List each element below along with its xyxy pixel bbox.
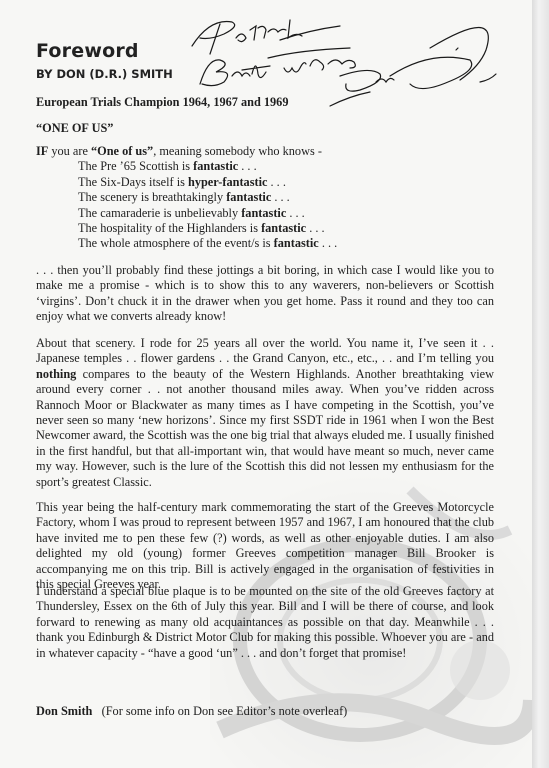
verse-emphasis: fantastic <box>241 206 286 220</box>
verse-lines: The Pre ’65 Scottish is fantastic . . .T… <box>36 159 337 251</box>
verse-text: The hospitality of the Highlanders is <box>78 221 261 235</box>
intro-line: IF you are “One of us”, meaning somebody… <box>36 144 337 159</box>
verse-emphasis: fantastic <box>261 221 306 235</box>
paragraph-promise: . . . then you’ll probably find these jo… <box>36 263 494 325</box>
verse-ellipsis: . . . <box>238 159 256 173</box>
verse-text: The whole atmosphere of the event/s is <box>78 236 274 250</box>
verse-line: The scenery is breathtakingly fantastic … <box>36 190 337 205</box>
paragraph-scenery: About that scenery. I rode for 25 years … <box>36 336 494 490</box>
verse-text: The camaraderie is unbelievably <box>78 206 241 220</box>
verse-line: The camaraderie is unbelievably fantasti… <box>36 206 337 221</box>
verse-emphasis: fantastic <box>226 190 271 204</box>
verse-ellipsis: . . . <box>286 206 304 220</box>
page-title: Foreword <box>36 40 139 62</box>
verse-emphasis: fantastic <box>274 236 319 250</box>
signoff: Don Smith (For some info on Don see Edit… <box>36 704 347 719</box>
page-edge <box>532 0 549 768</box>
intro-tail: , meaning somebody who knows - <box>153 144 322 158</box>
paragraph-plaque: I understand a special blue plaque is to… <box>36 584 494 661</box>
section-heading: “ONE OF US” <box>36 121 113 136</box>
intro-lead: IF <box>36 144 48 158</box>
verse-emphasis: hyper-fantastic <box>188 175 267 189</box>
handwritten-autograph <box>180 10 510 115</box>
verse-line: The whole atmosphere of the event/s is f… <box>36 236 337 251</box>
intro-text: you are <box>48 144 91 158</box>
intro-quote: “One of us” <box>91 144 153 158</box>
verse-line: The hospitality of the Highlanders is fa… <box>36 221 337 236</box>
paragraph-greeves: This year being the half-century mark co… <box>36 500 494 592</box>
author-byline: BY DON (D.R.) SMITH <box>36 67 173 81</box>
p2-emphasis: nothing <box>36 367 76 381</box>
verse-text: The Six-Days itself is <box>78 175 188 189</box>
verse-emphasis: fantastic <box>193 159 238 173</box>
intro-verse: IF you are “One of us”, meaning somebody… <box>36 144 337 252</box>
verse-line: The Six-Days itself is hyper-fantastic .… <box>36 175 337 190</box>
p2-text-b: compares to the beauty of the Western Hi… <box>36 367 494 489</box>
verse-text: The scenery is breathtakingly <box>78 190 226 204</box>
verse-ellipsis: . . . <box>319 236 337 250</box>
verse-text: The Pre ’65 Scottish is <box>78 159 193 173</box>
verse-ellipsis: . . . <box>306 221 324 235</box>
verse-ellipsis: . . . <box>271 190 289 204</box>
scanned-page: Foreword BY DON (D.R.) SMITH European Tr… <box>0 0 532 768</box>
verse-line: The Pre ’65 Scottish is fantastic . . . <box>36 159 337 174</box>
verse-ellipsis: . . . <box>267 175 285 189</box>
signoff-name: Don Smith <box>36 704 92 718</box>
p2-text-a: About that scenery. I rode for 25 years … <box>36 336 494 365</box>
signoff-note: (For some info on Don see Editor’s note … <box>102 704 348 718</box>
